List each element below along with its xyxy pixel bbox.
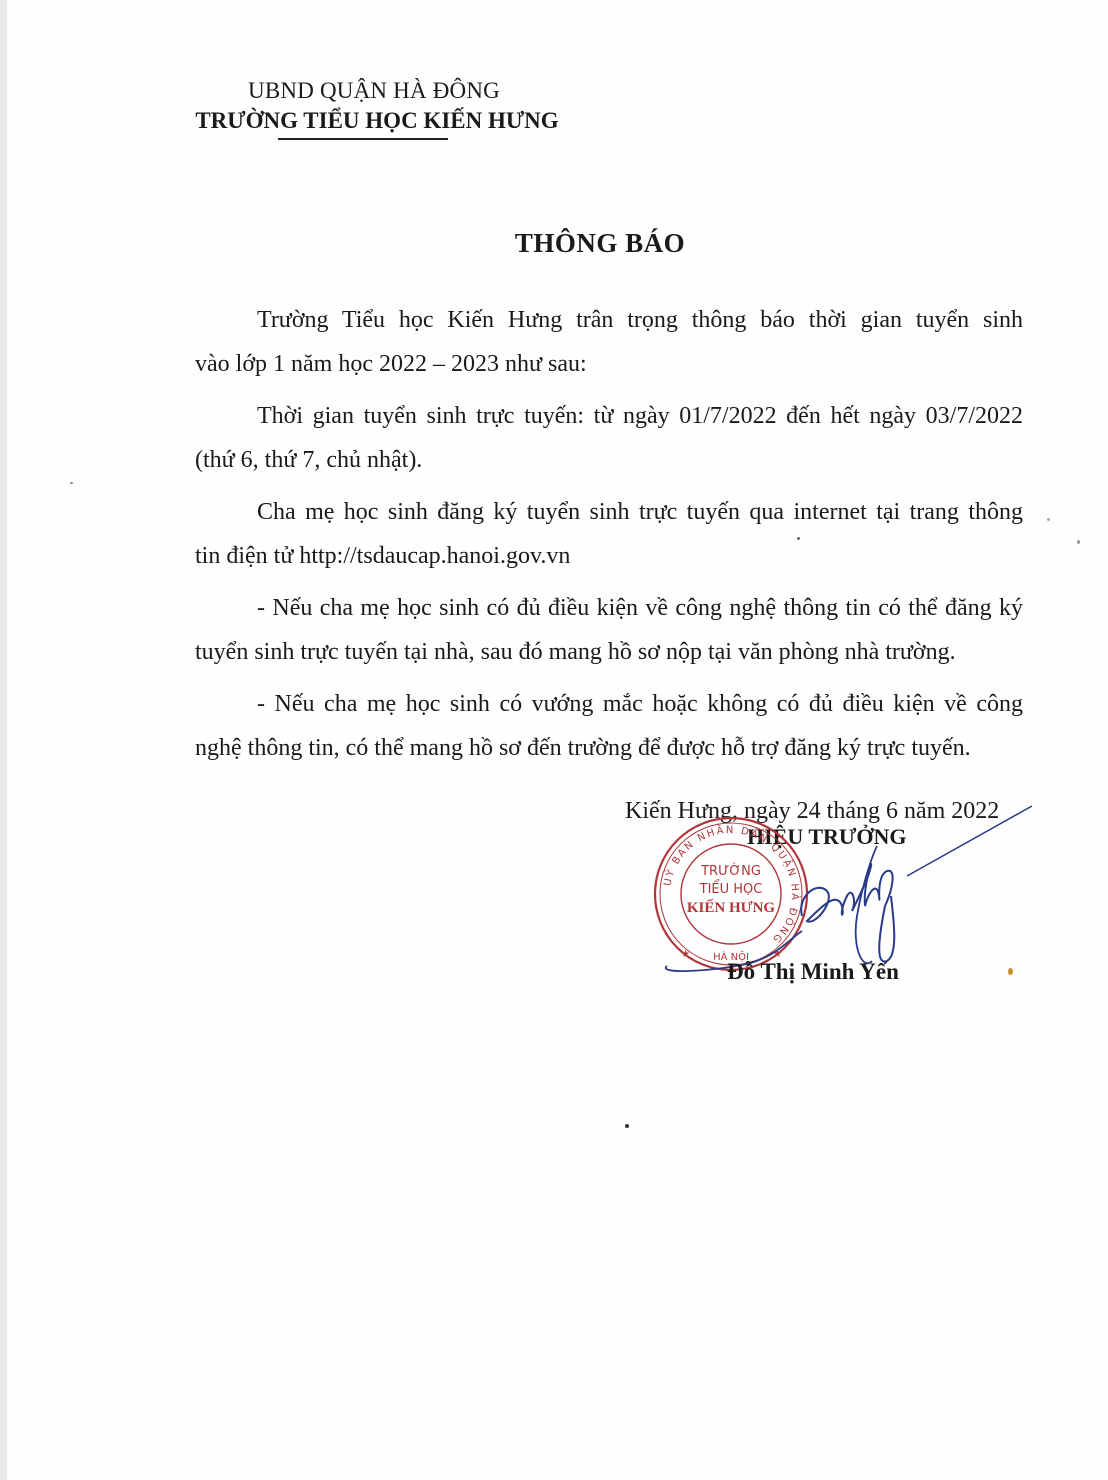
signature-block: Kiến Hưng, ngày 24 tháng 6 năm 2022 HIỆU… [607, 796, 1037, 1006]
document-title: THÔNG BÁO [0, 228, 1108, 259]
paragraph-intro: Trường Tiểu học Kiến Hưng trân trọng thô… [195, 298, 1023, 386]
document-header: UBND QUẬN HÀ ĐÔNG TRƯỜNG TIỂU HỌC KIẾN H… [177, 76, 577, 136]
paragraph-line: nghệ thông tin, có thể mang hồ sơ đến tr… [195, 726, 1023, 770]
header-underline [278, 138, 448, 140]
paragraph-line: tuyển sinh trực tuyến tại nhà, sau đó ma… [195, 630, 1023, 674]
paragraph-registration: Cha mẹ học sinh đăng ký tuyển sinh trực … [195, 490, 1023, 578]
paragraph-line: - Nếu cha mẹ học sinh có vướng mắc hoặc … [257, 691, 1023, 717]
paragraph-line: Trường Tiểu học Kiến Hưng trân trọng thô… [257, 307, 1023, 333]
issuing-agency: UBND QUẬN HÀ ĐÔNG [174, 76, 574, 106]
scan-speck [70, 482, 73, 484]
document-page: UBND QUẬN HÀ ĐÔNG TRƯỜNG TIỂU HỌC KIẾN H… [7, 0, 1108, 1480]
scan-speck [1077, 540, 1080, 544]
paragraph-line: vào lớp 1 năm học 2022 – 2023 như sau: [195, 342, 1023, 386]
scan-speck [1008, 968, 1013, 975]
paragraph-line: Thời gian tuyển sinh trực tuyến: từ ngày… [257, 403, 1023, 429]
scan-speck [1047, 518, 1050, 521]
paragraph-line: tin điện tử [195, 543, 299, 569]
registration-url-link[interactable]: http://tsdaucap.hanoi.gov.vn [299, 543, 570, 569]
signer-name: Đỗ Thị Minh Yến [727, 959, 899, 985]
paragraph-schedule: Thời gian tuyển sinh trực tuyến: từ ngày… [195, 394, 1023, 482]
paragraph-line: (thứ 6, thứ 7, chủ nhật). [195, 438, 1023, 482]
paragraph-line: Cha mẹ học sinh đăng ký tuyển sinh trực … [257, 499, 1023, 525]
paragraph-option-school: - Nếu cha mẹ học sinh có vướng mắc hoặc … [195, 682, 1023, 770]
paragraph-option-home: - Nếu cha mẹ học sinh có đủ điều kiện về… [195, 586, 1023, 674]
paragraph-line: - Nếu cha mẹ học sinh có đủ điều kiện về… [257, 595, 1023, 621]
scan-speck [625, 1124, 629, 1128]
school-name: TRƯỜNG TIỂU HỌC KIẾN HƯNG [177, 106, 577, 136]
scan-speck [797, 537, 800, 540]
page-edge [0, 0, 7, 1480]
